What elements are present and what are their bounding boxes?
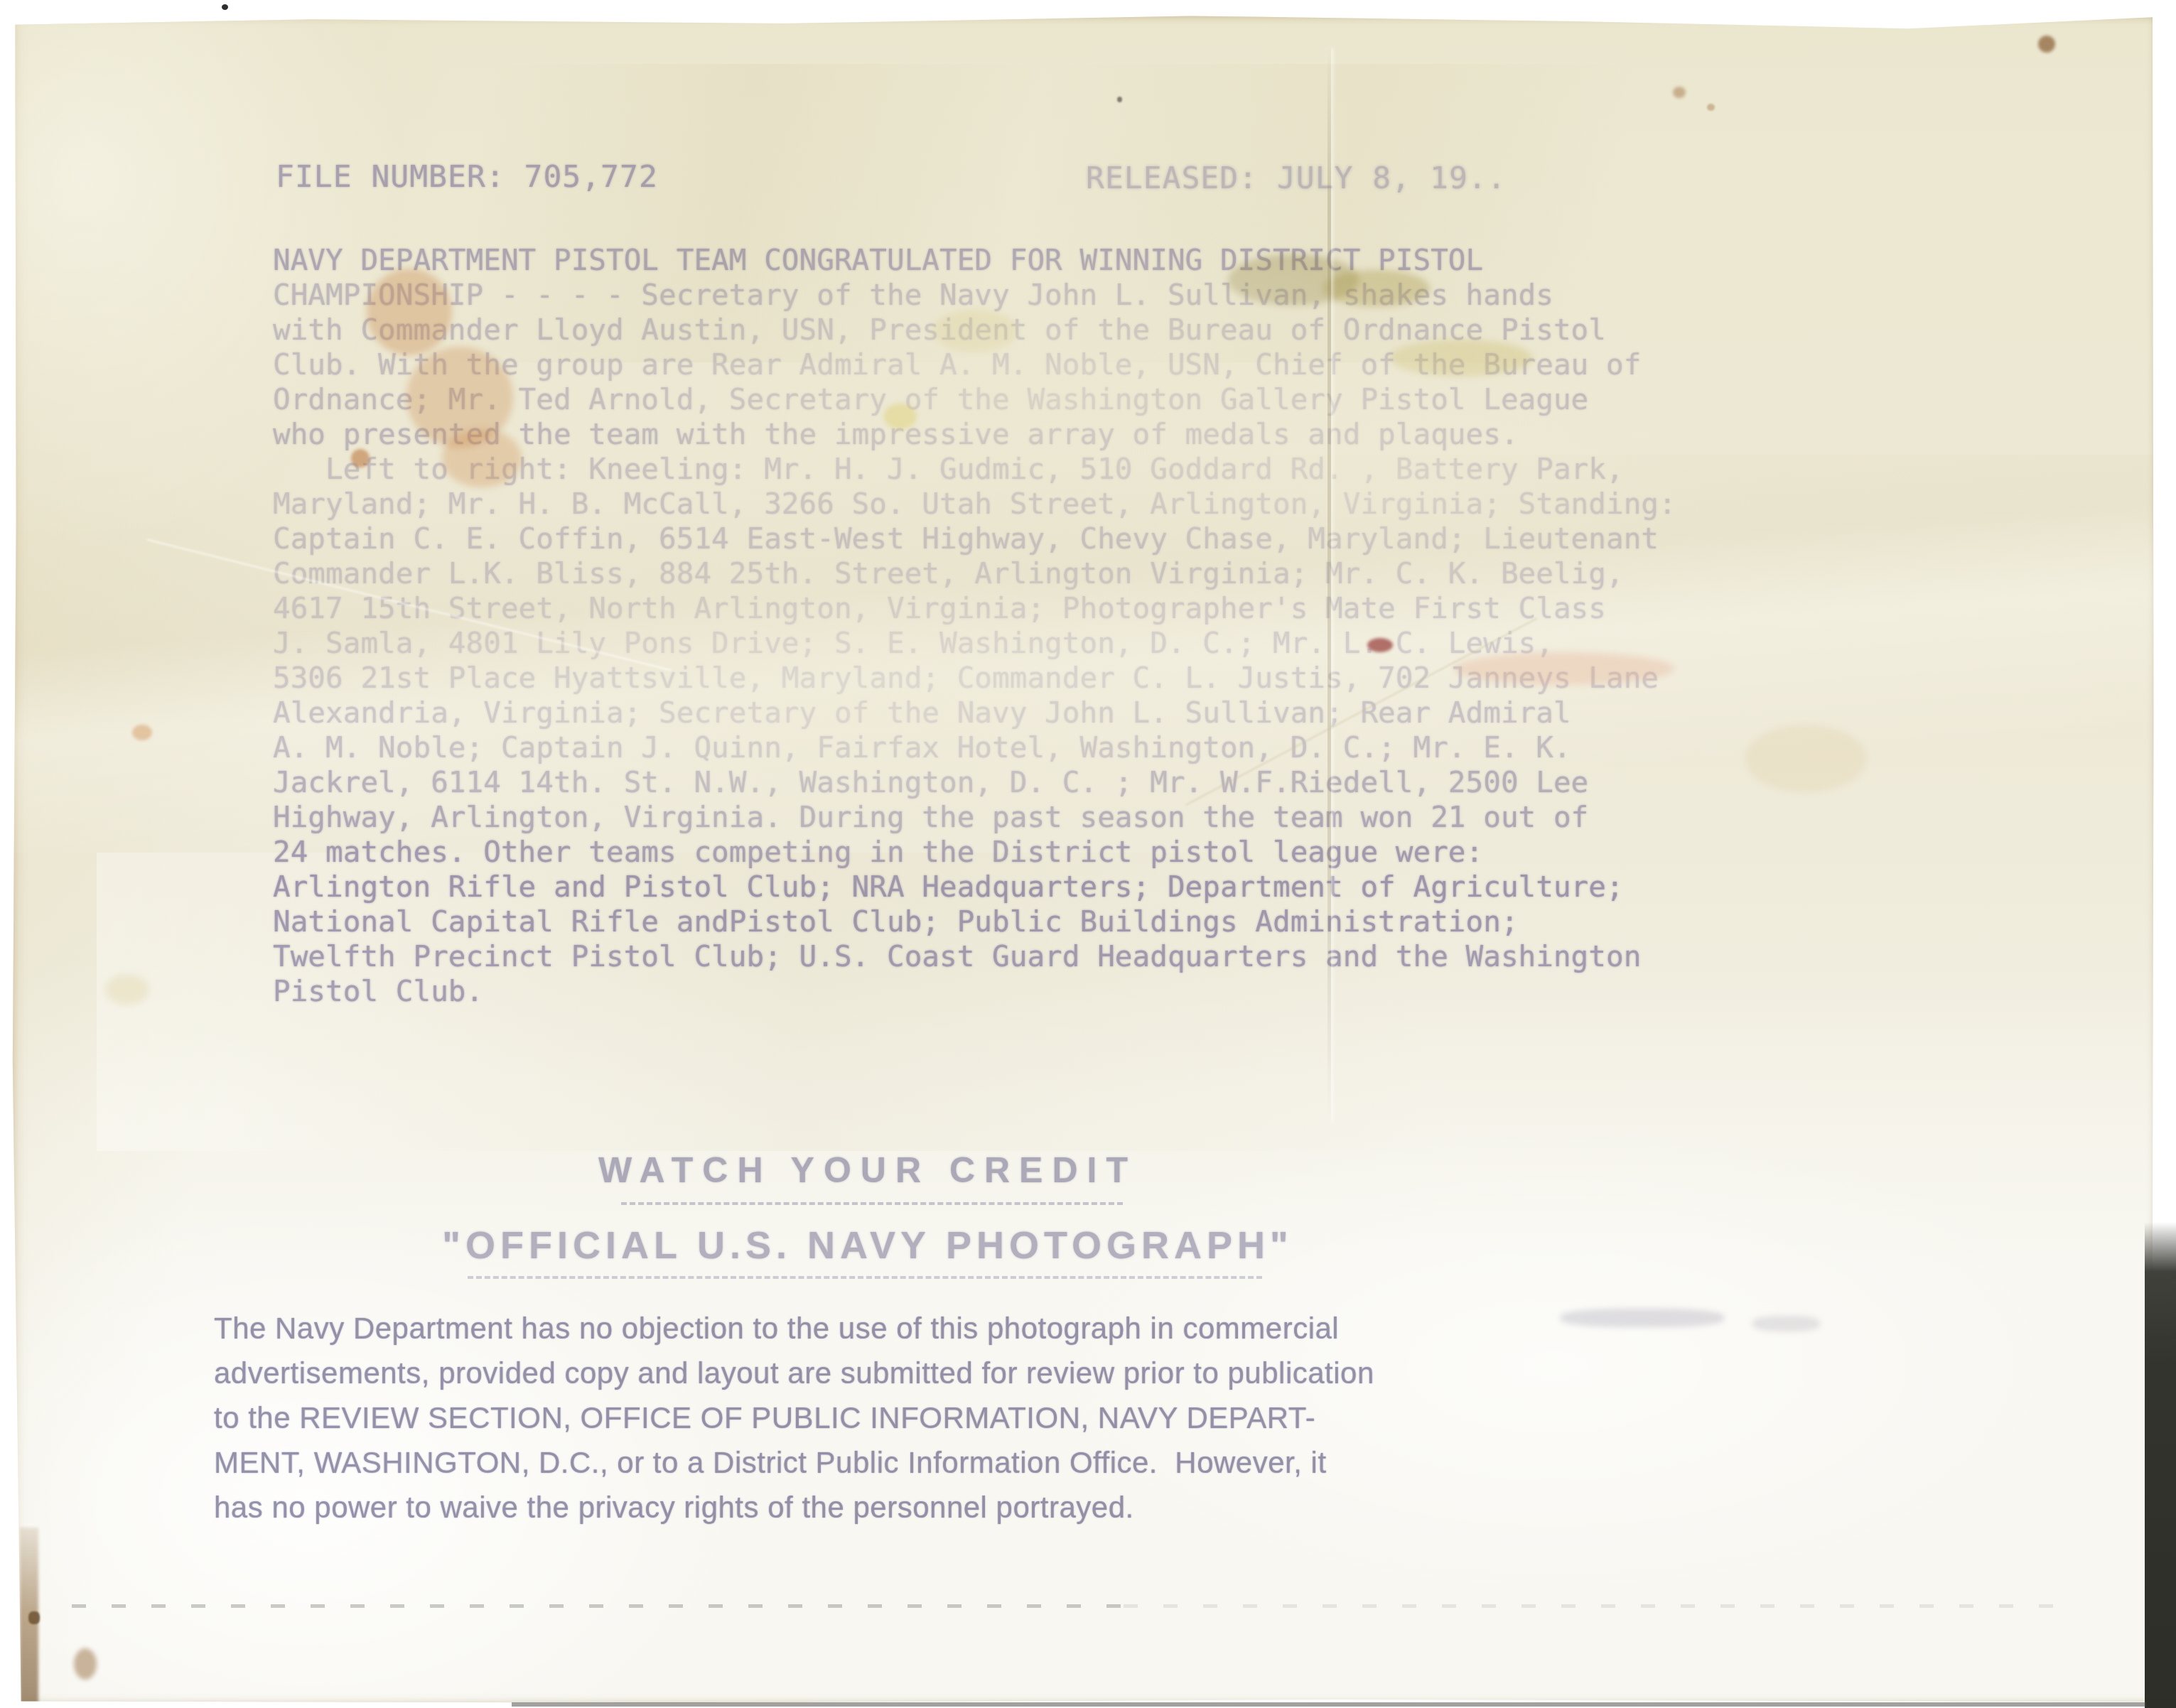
torn-edge	[20, 1528, 38, 1708]
dust-speck	[222, 4, 228, 10]
stain	[1323, 270, 1430, 307]
file-number: FILE NUMBER: 705,772	[276, 159, 658, 195]
stain	[74, 1648, 97, 1680]
caption-line: Arlington Rifle and Pistol Club; NRA Hea…	[273, 870, 1751, 904]
stain	[367, 269, 452, 355]
caption-line: NAVY DEPARTMENT PISTOL TEAM CONGRATULATE…	[273, 243, 1751, 278]
stain	[1707, 104, 1715, 111]
caption-line: Twelfth Precinct Pistol Club; U.S. Coast…	[273, 939, 1751, 974]
usage-notice-line: The Navy Department has no objection to …	[214, 1306, 1536, 1351]
caption-line: Jackrel, 6114 14th. St. N.W., Washington…	[273, 765, 1751, 800]
usage-notice: The Navy Department has no objection to …	[214, 1306, 1536, 1530]
crease-line	[1327, 48, 1331, 1121]
stamp-underline	[621, 1202, 1123, 1205]
caption-line: Commander L.K. Bliss, 884 25th. Street, …	[273, 556, 1751, 591]
caption-line: CHAMPIONSHIP - - - - Secretary of the Na…	[273, 278, 1751, 313]
caption-line: Captain C. E. Coffin, 6514 East-West Hig…	[273, 521, 1751, 556]
usage-notice-line: to the REVIEW SECTION, OFFICE OF PUBLIC …	[214, 1395, 1536, 1440]
stain	[1367, 638, 1393, 652]
scan-edge-shadow	[2145, 1222, 2176, 1708]
scan-edge-shadow	[512, 1702, 2146, 1707]
caption-line: Maryland; Mr. H. B. McCall, 3266 So. Uta…	[273, 487, 1751, 521]
caption-line: A. M. Noble; Captain J. Quinn, Fairfax H…	[273, 730, 1751, 765]
fold-dashed-line	[72, 1604, 1124, 1608]
caption-line: Pistol Club.	[273, 974, 1751, 1009]
official-photo-stamp-title: "OFFICIAL U.S. NAVY PHOTOGRAPH"	[352, 1223, 1383, 1268]
usage-notice-line: advertisements, provided copy and layout…	[214, 1351, 1536, 1395]
usage-notice-line: MENT, WASHINGTON, D.C., or to a District…	[214, 1440, 1536, 1485]
stain	[105, 975, 149, 1005]
scan-background: FILE NUMBER: 705,772 RELEASED: JULY 8, 1…	[0, 0, 2176, 1708]
ink-smudge	[1561, 1309, 1724, 1327]
ink-smudge	[1752, 1316, 1820, 1331]
document-sheet: FILE NUMBER: 705,772 RELEASED: JULY 8, 1…	[11, 14, 2155, 1704]
stain	[884, 404, 917, 429]
stain	[1745, 725, 1866, 792]
stain	[1454, 652, 1674, 685]
caption-line: 24 matches. Other teams competing in the…	[273, 835, 1751, 870]
stamp-underline	[468, 1276, 1262, 1279]
stain	[1673, 87, 1686, 98]
release-date: RELEASED: JULY 8, 19..	[1086, 161, 1507, 196]
stain	[442, 429, 522, 487]
stain	[132, 725, 152, 740]
caption-line: National Capital Rifle andPistol Club; P…	[273, 904, 1751, 939]
stain	[1390, 340, 1532, 377]
fold-dashed-line	[1124, 1604, 2076, 1608]
stain	[351, 449, 370, 467]
usage-notice-line: has no power to waive the privacy rights…	[214, 1485, 1536, 1530]
stain	[2038, 36, 2055, 53]
stain	[1117, 97, 1122, 102]
stain	[932, 310, 1018, 352]
caption-line: Highway, Arlington, Virginia. During the…	[273, 800, 1751, 835]
caption-line: Alexandria, Virginia; Secretary of the N…	[273, 696, 1751, 730]
credit-stamp-title: WATCH YOUR CREDIT	[438, 1150, 1298, 1191]
